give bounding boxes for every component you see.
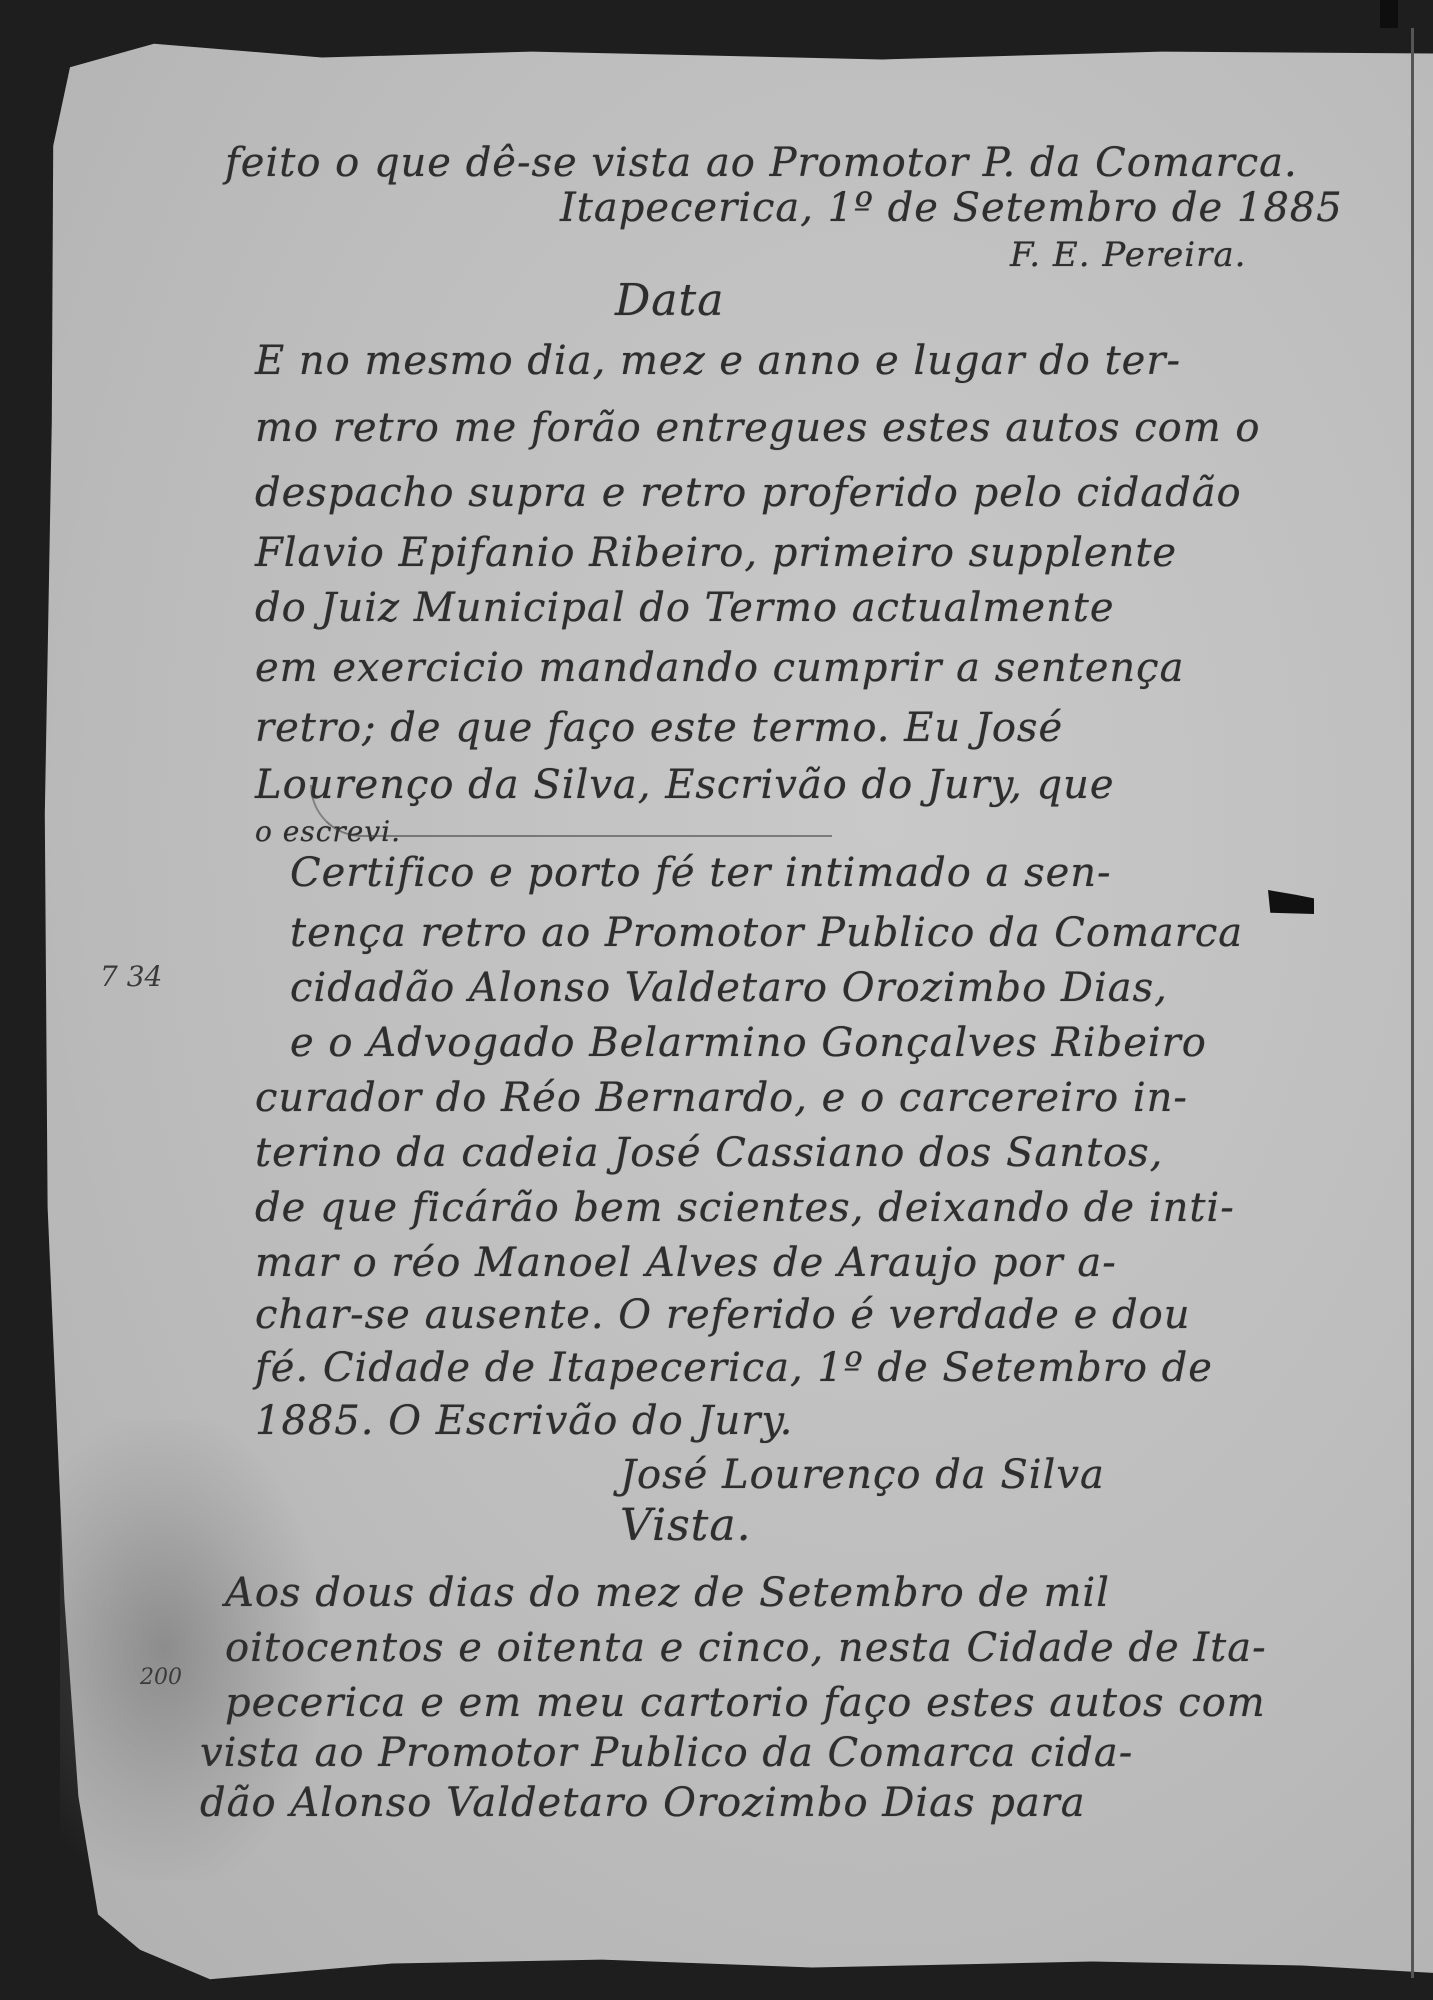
vista-line-4: vista ao Promotor Publico da Comarca cid… <box>200 1730 1133 1776</box>
data-line-2: mo retro me forão entregues estes autos … <box>255 405 1260 451</box>
page-gutter-line <box>1411 28 1414 1978</box>
vista-line-2: oitocentos e oitenta e cinco, nesta Cida… <box>225 1625 1267 1671</box>
margin-lower-note: 200 <box>140 1665 182 1690</box>
vista-heading: Vista. <box>620 1500 752 1551</box>
data-line-4: Flavio Epifanio Ribeiro, primeiro supple… <box>255 530 1177 576</box>
vista-line-5: dão Alonso Valdetaro Orozimbo Dias para <box>200 1780 1086 1826</box>
cert-line-4: e o Advogado Belarmino Gonçalves Ribeiro <box>290 1020 1207 1066</box>
page-edge-gap <box>1380 0 1398 28</box>
closing-flourish <box>310 785 832 837</box>
cert-line-5: curador do Réo Bernardo, e o carcereiro … <box>255 1075 1188 1121</box>
data-line-3: despacho supra e retro proferido pelo ci… <box>255 470 1242 516</box>
cert-line-10: fé. Cidade de Itapecerica, 1º de Setembr… <box>255 1345 1213 1391</box>
data-line-7: retro; de que faço este termo. Eu José <box>255 705 1063 751</box>
cert-line-6: terino da cadeia José Cassiano dos Santo… <box>255 1130 1163 1176</box>
cert-line-7: de que ficárão bem scientes, deixando de… <box>255 1185 1235 1231</box>
despacho-date: Itapecerica, 1º de Setembro de 1885 <box>560 185 1343 231</box>
cert-line-2: tença retro ao Promotor Publico da Comar… <box>290 910 1243 956</box>
cert-signature: José Lourenço da Silva <box>620 1452 1105 1498</box>
cert-line-3: cidadão Alonso Valdetaro Orozimbo Dias, <box>290 965 1168 1011</box>
data-line-1: E no mesmo dia, mez e anno e lugar do te… <box>255 338 1181 384</box>
cert-line-9: char-se ausente. O referido é verdade e … <box>255 1292 1190 1338</box>
despacho-line-1: feito o que dê-se vista ao Promotor P. d… <box>225 140 1298 186</box>
cert-line-8: mar o réo Manoel Alves de Araujo por a- <box>255 1240 1117 1286</box>
data-line-6: em exercicio mandando cumprir a sentença <box>255 645 1184 691</box>
data-line-5: do Juiz Municipal do Termo actualmente <box>255 585 1115 631</box>
despacho-signature: F. E. Pereira. <box>1010 235 1246 275</box>
margin-fee-note: 7 34 <box>100 960 162 993</box>
vista-line-3: pecerica e em meu cartorio faço estes au… <box>225 1680 1266 1726</box>
cert-line-1: Certifico e porto fé ter intimado a sen- <box>290 850 1112 896</box>
cert-line-11: 1885. O Escrivão do Jury. <box>255 1398 793 1444</box>
data-heading: Data <box>615 275 724 326</box>
vista-line-1: Aos dous dias do mez de Setembro de mil <box>225 1570 1110 1616</box>
